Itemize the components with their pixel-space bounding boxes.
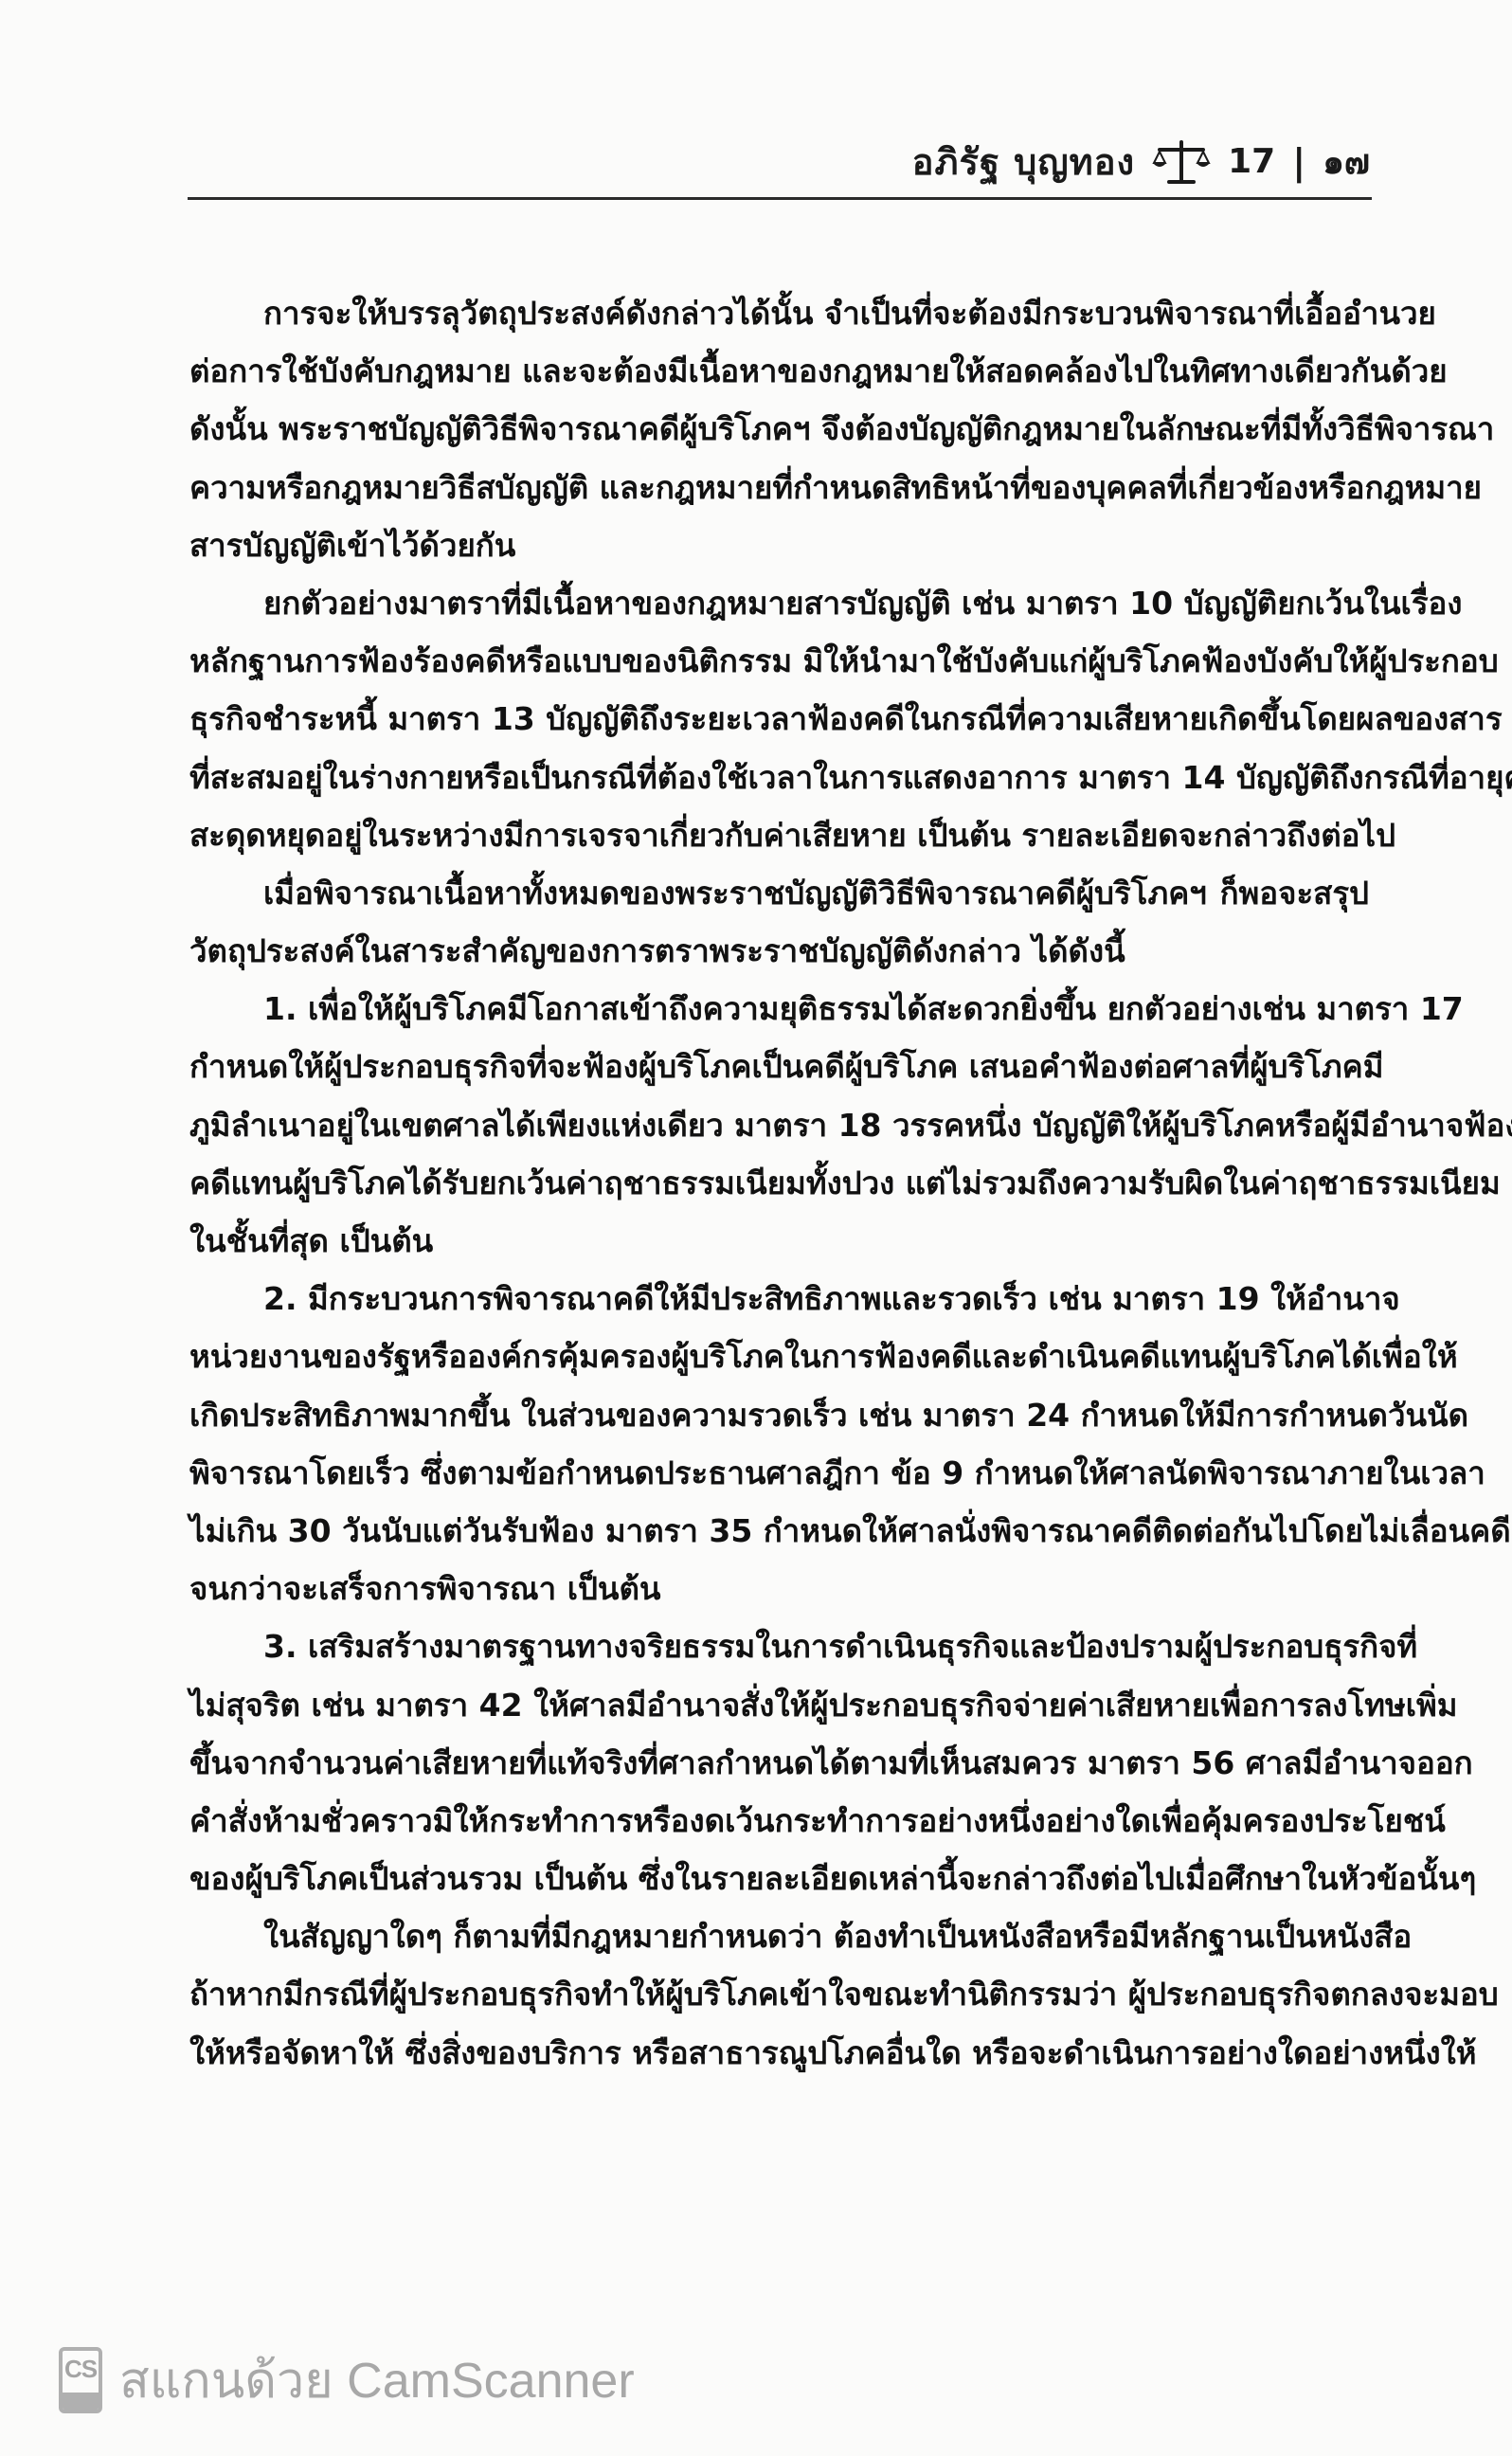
text-line: 3. เสริมสร้างมาตรฐานทางจริยธรรมในการดำเน…	[189, 1617, 1369, 1675]
text-line: เกิดประสิทธิภาพมากขึ้น ในส่วนของความรวดเ…	[189, 1386, 1369, 1444]
scales-of-justice-icon	[1152, 138, 1211, 186]
page-number: 17	[1228, 142, 1275, 181]
camscanner-watermark: CS สแกนด้วย CamScanner	[59, 2340, 635, 2419]
book-page: อภิรัฐ บุญทอง 17 | ๑๗ การจะให้บรรลุวัตถุ…	[0, 0, 1512, 2456]
text-line: การจะให้บรรลุวัตถุประสงค์ดังกล่าวได้นั้น…	[189, 284, 1369, 342]
text-line: 2. มีกระบวนการพิจารณาคดีให้มีประสิทธิภาพ…	[189, 1270, 1369, 1327]
text-line: ถ้าหากมีกรณีที่ผู้ประกอบธุรกิจทำให้ผู้บร…	[189, 1965, 1369, 2023]
text-line: ภูมิลำเนาอยู่ในเขตศาลได้เพียงแห่งเดียว ม…	[189, 1096, 1369, 1154]
header-rule	[188, 197, 1372, 200]
text-line: ให้หรือจัดหาให้ ซึ่งสิ่งของบริการ หรือสา…	[189, 2024, 1369, 2082]
running-header: อภิรัฐ บุญทอง 17 | ๑๗	[912, 133, 1370, 190]
text-line: ไม่เกิน 30 วันนับแต่วันรับฟ้อง มาตรา 35 …	[189, 1502, 1369, 1560]
text-line: ความหรือกฎหมายวิธีสบัญญัติ และกฎหมายที่ก…	[189, 459, 1369, 516]
text-line: ยกตัวอย่างมาตราที่มีเนื้อหาของกฎหมายสารบ…	[189, 574, 1369, 632]
camscanner-logo-text: CS	[64, 2355, 97, 2384]
text-line: คำสั่งห้ามชั่วคราวมิให้กระทำการหรืองดเว้…	[189, 1792, 1369, 1850]
text-line: จนกว่าจะเสร็จการพิจารณา เป็นต้น	[189, 1560, 1369, 1617]
text-line: ที่สะสมอยู่ในร่างกายหรือเป็นกรณีที่ต้องใ…	[189, 749, 1369, 806]
text-line: ในสัญญาใดๆ ก็ตามที่มีกฎหมายกำหนดว่า ต้อง…	[189, 1907, 1369, 1965]
camscanner-logo-icon: CS	[59, 2347, 102, 2413]
text-line: ในชั้นที่สุด เป็นต้น	[189, 1212, 1369, 1270]
text-line: ธุรกิจชำระหนี้ มาตรา 13 บัญญัติถึงระยะเว…	[189, 690, 1369, 748]
text-line: ดังนั้น พระราชบัญญัติวิธีพิจารณาคดีผู้บร…	[189, 400, 1369, 458]
text-line: หน่วยงานของรัฐหรือองค์กรคุ้มครองผู้บริโภ…	[189, 1327, 1369, 1385]
text-line: ของผู้บริโภคเป็นส่วนรวม เป็นต้น ซึ่งในรา…	[189, 1850, 1369, 1907]
body-text: การจะให้บรรลุวัตถุประสงค์ดังกล่าวได้นั้น…	[189, 284, 1369, 2082]
text-line: เมื่อพิจารณาเนื้อหาทั้งหมดของพระราชบัญญั…	[189, 864, 1369, 922]
text-line: กำหนดให้ผู้ประกอบธุรกิจที่จะฟ้องผู้บริโภ…	[189, 1038, 1369, 1095]
text-line: ไม่สุจริต เช่น มาตรา 42 ให้ศาลมีอำนาจสั่…	[189, 1676, 1369, 1734]
text-line: หลักฐานการฟ้องร้องคดีหรือแบบของนิติกรรม …	[189, 632, 1369, 690]
text-line: ต่อการใช้บังคับกฎหมาย และจะต้องมีเนื้อหา…	[189, 342, 1369, 400]
text-line: คดีแทนผู้บริโภคได้รับยกเว้นค่าฤชาธรรมเนี…	[189, 1154, 1369, 1212]
text-line: สะดุดหยุดอยู่ในระหว่างมีการเจรจาเกี่ยวกั…	[189, 806, 1369, 864]
text-line: ขึ้นจากจำนวนค่าเสียหายที่แท้จริงที่ศาลกำ…	[189, 1734, 1369, 1792]
author-name: อภิรัฐ บุญทอง	[912, 133, 1135, 190]
page-number-thai: ๑๗	[1323, 135, 1370, 189]
page-number-separator: |	[1292, 141, 1305, 183]
text-line: สารบัญญัติเข้าไว้ด้วยกัน	[189, 516, 1369, 574]
watermark-text: สแกนด้วย CamScanner	[119, 2340, 635, 2419]
text-line: วัตถุประสงค์ในสาระสำคัญของการตราพระราชบั…	[189, 922, 1369, 980]
text-line: 1. เพื่อให้ผู้บริโภคมีโอกาสเข้าถึงความยุ…	[189, 980, 1369, 1038]
text-line: พิจารณาโดยเร็ว ซึ่งตามข้อกำหนดประธานศาลฎ…	[189, 1444, 1369, 1502]
